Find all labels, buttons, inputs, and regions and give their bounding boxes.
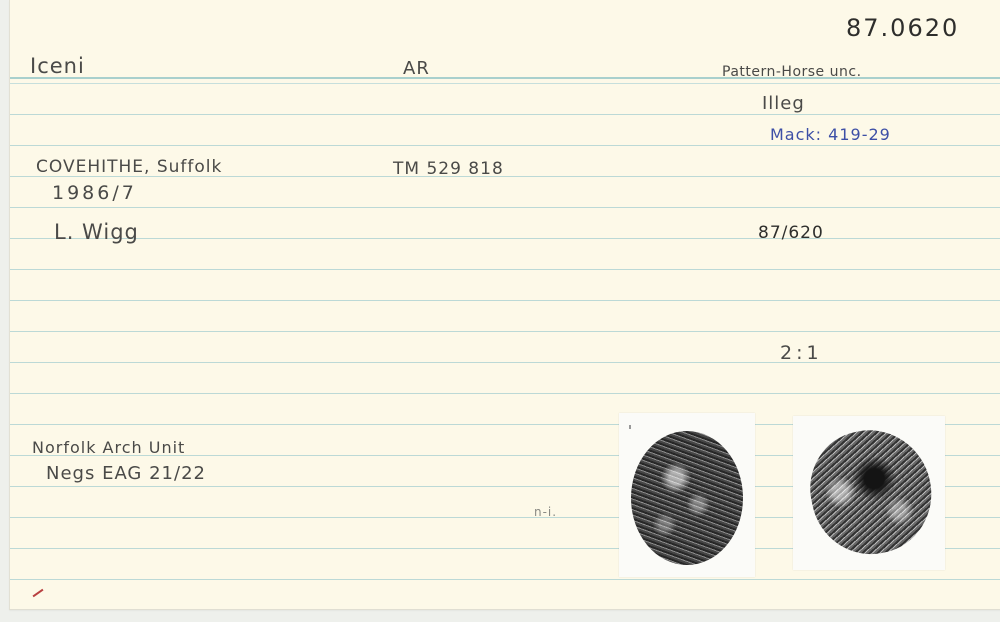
- ruled-line: [10, 300, 1000, 301]
- red-tick-mark: [33, 589, 44, 598]
- negatives-reference: Negs EAG 21/22: [46, 463, 206, 484]
- ruled-line: [10, 238, 1000, 239]
- source-note: Norfolk Arch Unit: [32, 438, 185, 457]
- index-card: 87.0620 Iceni AR Pattern-Horse unc. Ille…: [9, 0, 1000, 610]
- coin-photo-obverse: [619, 413, 755, 577]
- mack-reference: Mack: 419-29: [770, 125, 891, 144]
- photo-scale: 2:1: [780, 342, 823, 364]
- coin-image-obverse: [631, 431, 743, 565]
- register-number: 87/620: [758, 223, 824, 243]
- ruled-line: [10, 331, 1000, 332]
- ruled-line: [10, 207, 1000, 208]
- header-rule-secondary: [10, 83, 1000, 84]
- find-year: 1986/7: [52, 182, 137, 204]
- ruled-line: [10, 269, 1000, 270]
- type-description: Pattern-Horse unc.: [722, 64, 862, 80]
- illegible-note: Illeg: [762, 93, 805, 114]
- ruled-line: [10, 579, 1000, 580]
- margin-note: n-i.: [534, 505, 557, 519]
- coin-image-reverse: [799, 419, 942, 565]
- metal-label: AR: [403, 58, 430, 79]
- accession-number: 87.0620: [846, 14, 959, 42]
- photo-mark: [629, 425, 631, 429]
- ruled-line: [10, 393, 1000, 394]
- findspot: COVEHITHE, Suffolk: [36, 157, 222, 177]
- ruled-line: [10, 145, 1000, 146]
- grid-reference: TM 529 818: [393, 159, 504, 179]
- coin-photo-reverse: [793, 416, 945, 570]
- ruled-line: [10, 114, 1000, 115]
- tribe-label: Iceni: [30, 54, 85, 78]
- ruled-line: [10, 362, 1000, 363]
- finder-name: L. Wigg: [54, 220, 139, 244]
